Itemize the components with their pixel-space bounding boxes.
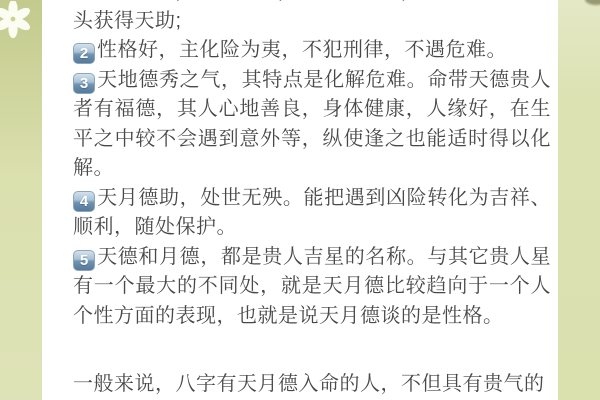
keycap-5-badge: 5	[73, 250, 95, 271]
clipped-top-line: 命里逢天德，一生平安，即使遇凶险，也能在紧要关	[73, 0, 551, 7]
list-item-3: 3天地德秀之气，其特点是化解危难。命带天德贵人者有福德，其人心地善良，身体健康，…	[73, 66, 551, 184]
left-border-decoration	[0, 0, 42, 400]
flower-icon	[0, 1, 32, 39]
list-item-3-text: 天地德秀之气，其特点是化解危难。命带天德贵人者有福德，其人心地善良，身体健康，人…	[73, 69, 551, 180]
list-item-2: 2性格好，主化险为夷，不犯刑律，不遇危难。	[73, 36, 551, 66]
list-item-4: 4天月德助，处世无殃。能把遇到凶险转化为吉祥、顺利，随处保护。	[73, 184, 551, 243]
list-item-2-text: 性格好，主化险为夷，不犯刑律，不遇危难。	[97, 39, 507, 61]
keycap-2-badge: 2	[73, 43, 95, 64]
article-card: 命里逢天德，一生平安，即使遇凶险，也能在紧要关 头获得天助; 2性格好，主化险为…	[0, 0, 600, 400]
keycap-3-badge: 3	[73, 73, 95, 94]
list-item-5: 5天德和月德，都是贵人吉星的名称。与其它贵人星有一个最大的不同处，就是天月德比较…	[73, 243, 551, 332]
intro-continuation-line: 头获得天助;	[73, 7, 551, 37]
article-text: 命里逢天德，一生平安，即使遇凶险，也能在紧要关 头获得天助; 2性格好，主化险为…	[73, 0, 551, 400]
leaf-smudge-decoration	[585, 0, 600, 5]
keycap-4-badge: 4	[73, 191, 95, 212]
list-item-4-text: 天月德助，处世无殃。能把遇到凶险转化为吉祥、顺利，随处保护。	[73, 187, 551, 239]
paragraph-intro: 命里逢天德，一生平安，即使遇凶险，也能在紧要关 头获得天助;	[73, 0, 551, 36]
closing-paragraph: 一般来说，八字有天月德入命的人，不但具有贵气的	[73, 370, 551, 400]
list-item-5-text: 天德和月德，都是贵人吉星的名称。与其它贵人星有一个最大的不同处，就是天月德比较趋…	[73, 246, 551, 327]
right-border-decoration	[558, 0, 600, 400]
